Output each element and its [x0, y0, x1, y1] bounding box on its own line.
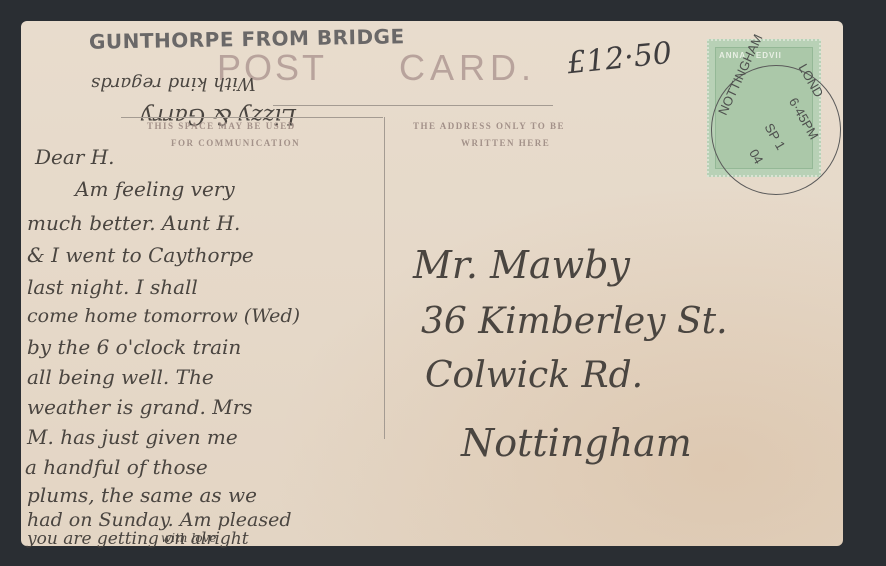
address-city: Nottingham: [461, 421, 692, 465]
communication-label-1: THIS SPACE MAY BE USED: [147, 121, 296, 131]
price-mark: £12·50: [565, 36, 673, 82]
message-line: Am feeling very: [75, 177, 235, 201]
divider-line: [384, 117, 385, 439]
header-card: CARD.: [399, 47, 536, 89]
message-line: had on Sunday. Am pleased: [27, 509, 292, 531]
message-line: plums, the same as we: [27, 483, 257, 507]
message-line: & I went to Caythorpe: [27, 243, 254, 267]
address-label-2: WRITTEN HERE: [461, 138, 550, 148]
address-label-1: THE ADDRESS ONLY TO BE: [413, 121, 565, 131]
communication-label-2: FOR COMMUNICATION: [171, 138, 300, 148]
postcard-back: GUNTHORPE FROM BRIDGE POST CARD. £12·50 …: [21, 21, 843, 546]
address-road: Colwick Rd.: [425, 355, 643, 396]
message-line: much better. Aunt H.: [27, 211, 240, 235]
message-line: weather is grand. Mrs: [27, 395, 253, 419]
message-line: all being well. The: [27, 365, 214, 389]
message-line: Dear H.: [35, 145, 115, 169]
address-name: Mr. Mawby: [413, 243, 630, 287]
address-street: 36 Kimberley St.: [421, 301, 728, 342]
message-line: last night. I shall: [27, 275, 198, 299]
message-line: with love: [161, 531, 216, 545]
header-rule-right: [273, 105, 553, 106]
message-line: a handful of those: [25, 455, 208, 479]
message-line: by the 6 o'clock train: [27, 335, 241, 359]
upside-down-note-1: With kind regards: [91, 73, 256, 94]
message-line: M. has just given me: [27, 425, 238, 449]
header-rule-left: [121, 117, 383, 118]
message-line: come home tomorrow (Wed): [27, 305, 300, 327]
